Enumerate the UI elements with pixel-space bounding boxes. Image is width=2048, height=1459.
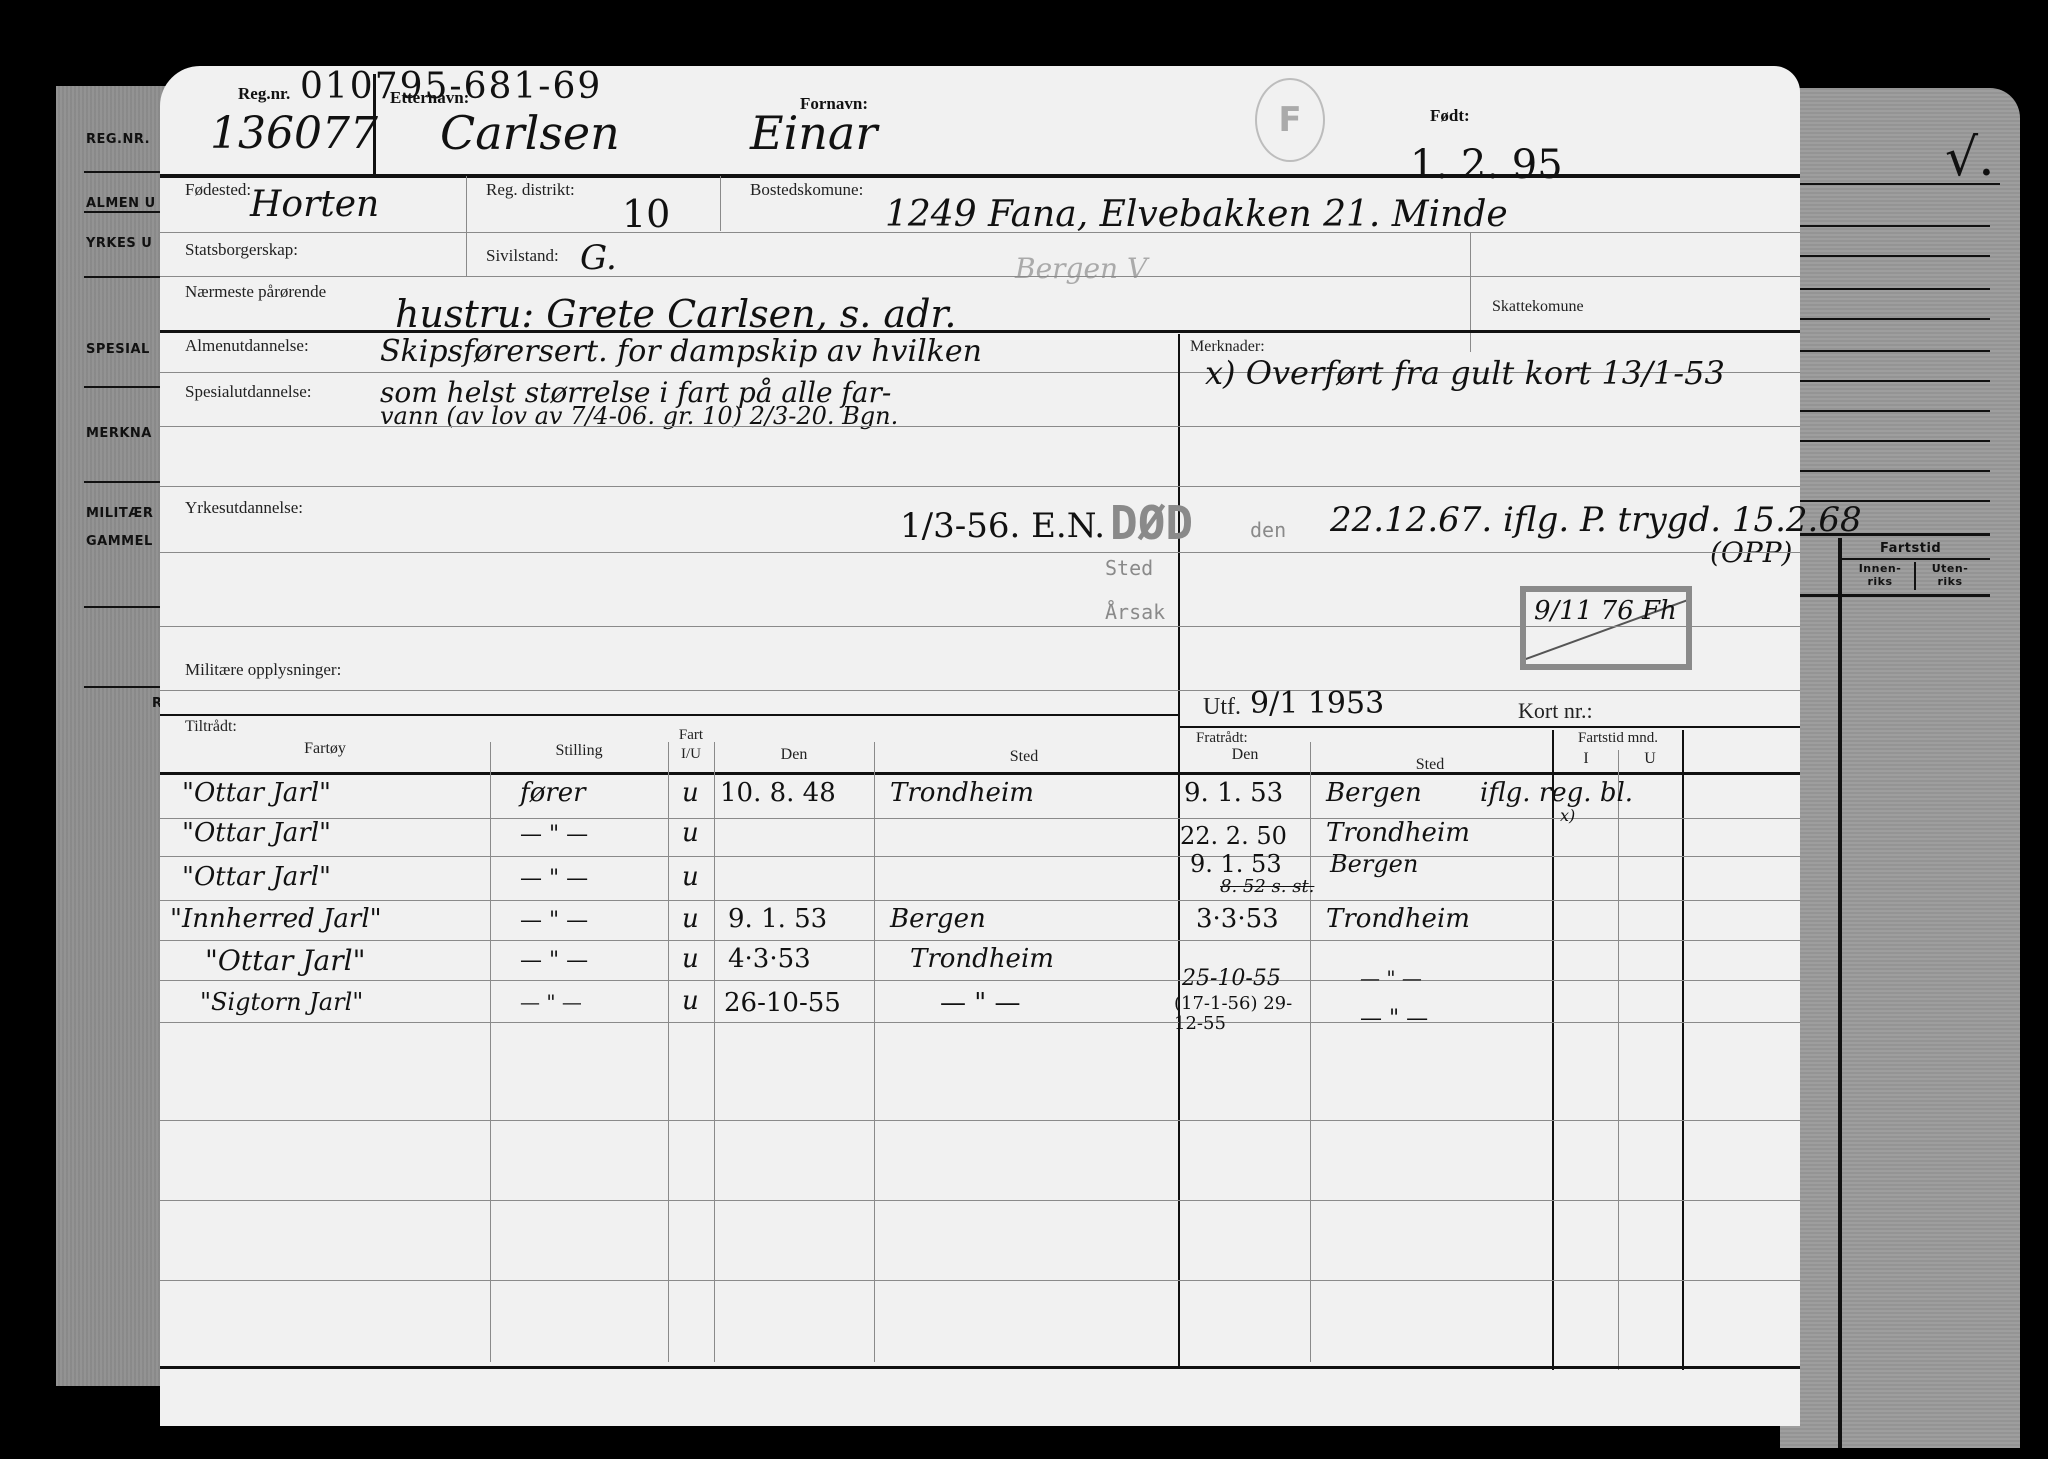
- faint-note: Bergen V: [1015, 252, 1147, 285]
- row-4-stilling: — " —: [520, 908, 588, 933]
- divider: [84, 276, 166, 278]
- row-2-fartoy: "Ottar Jarl": [182, 818, 331, 848]
- col-fra-den: Den: [1180, 746, 1310, 764]
- row-1-fra-den: 9. 1. 53: [1184, 778, 1283, 808]
- col-fartstid: Fartstid mnd.: [1554, 730, 1682, 747]
- row-6-fra-sted: — " —: [1360, 1006, 1428, 1031]
- row-3-fart: u: [682, 862, 699, 892]
- fodested-value: Horten: [250, 184, 379, 225]
- fartstid-header: Fartstid: [1880, 541, 1941, 556]
- statsborgerskap-label: Statsborgerskap:: [185, 240, 298, 260]
- fodested-label: Fødested:: [185, 180, 251, 200]
- dod-den-label: den: [1250, 518, 1286, 542]
- merknader-value: x) Overført fra gult kort 13/1-53: [1205, 354, 1725, 392]
- row-3-struck: 8. 52 s. st.: [1220, 876, 1314, 897]
- row-1-sted: Trondheim: [890, 778, 1034, 808]
- back-card-right: √. r. Fartstid Innen-riks Uten-riks: [1780, 88, 2020, 1448]
- dod-box-stamp: 9/11 76 Fh: [1520, 586, 1692, 670]
- dod-value: 22.12.67. iflg. P. trygd. 15.2.68: [1330, 500, 1862, 540]
- row-3-stilling: — " —: [520, 866, 588, 891]
- row-1-den: 10. 8. 48: [720, 778, 836, 808]
- row-1-fra-sted: Bergen: [1326, 778, 1422, 808]
- tab-spesial: SPESIAL: [86, 342, 150, 357]
- row-5-fartoy: "Ottar Jarl": [205, 944, 365, 977]
- row-6-sted: — " —: [940, 988, 1021, 1018]
- row-3-fartoy: "Ottar Jarl": [182, 862, 331, 892]
- col-sted: Sted: [874, 748, 1174, 766]
- utenriks-header: Uten-riks: [1920, 562, 1980, 588]
- divider: [84, 606, 166, 608]
- dod-box-note: 9/11 76 Fh: [1534, 596, 1677, 626]
- row-1-note: iflg. reg. bl.: [1480, 778, 1633, 808]
- col-stilling: Stilling: [490, 742, 668, 760]
- bostedskomune-label: Bostedskomune:: [750, 180, 863, 200]
- row-4-fart: u: [682, 904, 699, 934]
- militaere-label: Militære opplysninger:: [185, 660, 341, 680]
- row-2-fra-den: 22. 2. 50: [1180, 822, 1287, 850]
- reg-nr-value: 136077: [210, 108, 378, 159]
- spesialutdannelse-line-1: Skipsførersert. for dampskip av hvilken: [380, 334, 982, 369]
- tab-merknader: MERKNA: [86, 426, 152, 441]
- reg-distrikt-label: Reg. distrikt:: [486, 180, 575, 200]
- fodt-label: Født:: [1430, 106, 1470, 126]
- etternavn-value: Carlsen: [440, 106, 620, 160]
- reg-distrikt-value: 10: [622, 192, 670, 236]
- utf-value: 9/1 1953: [1250, 686, 1384, 721]
- row-6-fra-den: (17-1-56) 29-12-55: [1174, 994, 1308, 1034]
- col-fart: Fart I/U: [668, 726, 714, 764]
- row-5-sted: Trondheim: [910, 944, 1054, 974]
- skattekomune-label: Skattekomune: [1492, 298, 1584, 316]
- row-1-stilling: fører: [520, 778, 586, 808]
- row-6-den: 26-10-55: [724, 988, 841, 1018]
- row-1-fartoy: "Ottar Jarl": [182, 778, 331, 808]
- row-6-fart: u: [682, 986, 699, 1016]
- tab-almen: ALMEN U: [86, 196, 156, 211]
- row-6-stilling: — " —: [520, 990, 582, 1014]
- sivilstand-label: Sivilstand:: [486, 246, 559, 266]
- row-4-den: 9. 1. 53: [728, 904, 827, 934]
- tab-reg-nr: REG.NR.: [86, 132, 150, 147]
- divider: [84, 211, 166, 213]
- row-2-fart: u: [682, 818, 699, 848]
- row-2-stilling: — " —: [520, 822, 588, 847]
- tab-militaer: MILITÆR: [86, 506, 153, 521]
- yrkesutdannelse-label: Yrkesutdannelse:: [185, 498, 303, 518]
- row-4-fra-sted: Trondheim: [1326, 904, 1470, 934]
- spesialutdannelse-label: Spesialutdannelse:: [185, 382, 312, 402]
- reg-nr-label: Reg.nr.: [238, 84, 290, 104]
- fodt-value: 1. 2. 95: [1410, 142, 1563, 188]
- f-stamp-icon: F: [1255, 78, 1325, 162]
- utf-label: Utf.: [1203, 694, 1241, 721]
- row-5-fart: u: [682, 944, 699, 974]
- innenriks-header: Innen-riks: [1850, 562, 1910, 588]
- row-1-fart: u: [682, 778, 699, 808]
- row-4-fra-den: 3·3·53: [1196, 904, 1279, 934]
- row-3-fra-den: 9. 1. 53: [1190, 850, 1282, 878]
- row-5-stilling: — " —: [520, 948, 588, 973]
- fratradt-label: Fratrådt:: [1196, 730, 1248, 747]
- sivilstand-value: G.: [580, 238, 617, 278]
- yrkesutdannelse-note: 1/3-56. E.N.: [900, 506, 1105, 546]
- row-5-den: 4·3·53: [728, 944, 811, 974]
- almenutdannelse-label: Almenutdannelse:: [185, 336, 309, 356]
- narmeste-parorende-label: Nærmeste pårørende: [185, 282, 326, 302]
- divider: [84, 171, 166, 173]
- col-fartoy: Fartøy: [160, 740, 490, 758]
- row-6-fartoy: "Sigtorn Jarl": [200, 988, 363, 1016]
- row-5-fra-den: 25-10-55: [1182, 966, 1281, 991]
- row-2-fra-sted: Trondheim: [1326, 818, 1470, 848]
- row-4-fartoy: "Innherred Jarl": [170, 904, 382, 934]
- checkmark: √.: [1945, 128, 1995, 188]
- bostedskomune-value: 1249 Fana, Elvebakken 21. Minde: [885, 194, 1508, 235]
- row-1-mark: x): [1560, 806, 1575, 825]
- registration-card: Reg.nr. 010795-681-69 136077 Etternavn: …: [160, 66, 1800, 1426]
- dod-arsak-label: Årsak: [1105, 600, 1165, 624]
- divider: [84, 386, 166, 388]
- row-4-sted: Bergen: [890, 904, 986, 934]
- row-3-fra-sted: Bergen: [1330, 850, 1418, 878]
- divider: [84, 481, 166, 483]
- dod-sted-label: Sted: [1105, 556, 1153, 580]
- fornavn-value: Einar: [750, 106, 877, 160]
- etternavn-label: Etternavn:: [390, 88, 469, 108]
- tiltradt-label: Tiltrådt:: [185, 718, 237, 736]
- col-den: Den: [714, 746, 874, 764]
- divider: [84, 686, 166, 688]
- col-i: I: [1554, 750, 1618, 768]
- dod-stamp: DØD: [1110, 496, 1193, 550]
- tab-gammel: GAMMEL: [86, 534, 153, 549]
- row-5-fra-sted: — " —: [1360, 966, 1422, 990]
- tab-yrkes: YRKES U: [86, 236, 152, 251]
- kort-nr-label: Kort nr.:: [1518, 698, 1593, 724]
- back-card-left: REG.NR. ALMEN U YRKES U SPESIAL MERKNA M…: [56, 86, 166, 1386]
- col-u: U: [1618, 750, 1682, 768]
